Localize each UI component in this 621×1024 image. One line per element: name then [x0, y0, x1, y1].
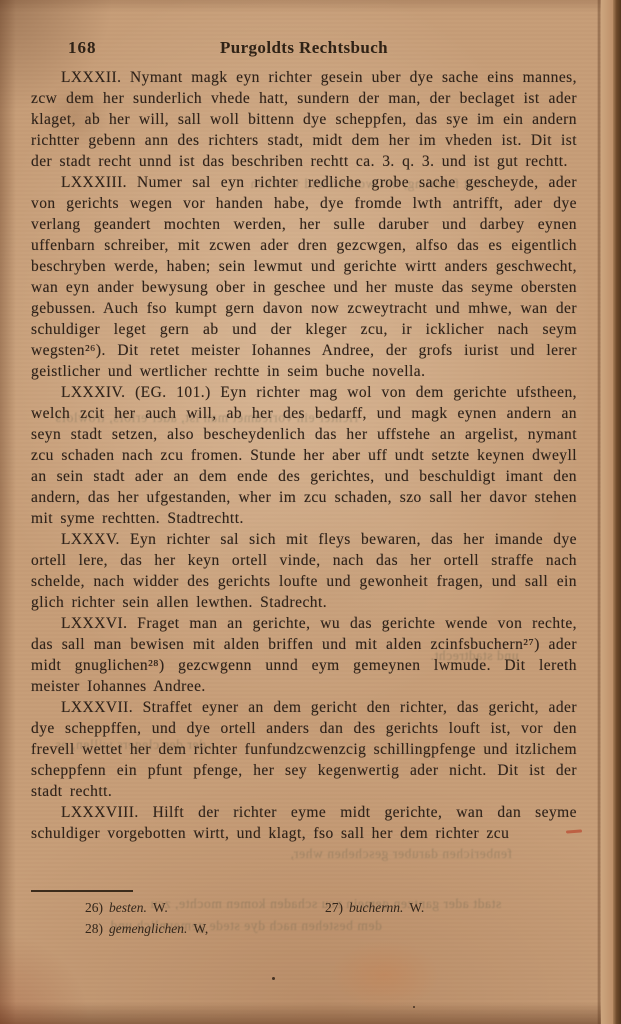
footnote-separator-rule	[31, 890, 133, 892]
page-outer-margin	[601, 0, 613, 1024]
footnote-label: 27)	[325, 900, 343, 915]
paragraph-lxxxvii: LXXXVII. Straffet eyner an dem gericht d…	[31, 697, 577, 802]
paragraph-lxxxiii: LXXXIII. Numer sal eyn richter redliche …	[31, 172, 577, 382]
paper-stain	[330, 940, 440, 1010]
footnote-row: 28)gemenglichen.W,	[85, 918, 555, 939]
paragraph-lxxxviii: LXXXVIII. Hilft der richter eyme midt ge…	[31, 802, 577, 844]
footnote-label: 26)	[85, 900, 103, 915]
footnote-28: 28)gemenglichen.W,	[85, 918, 208, 939]
footnote-word: buchernn.	[349, 900, 403, 915]
paragraph-lxxxvi: LXXXVI. Fraget man an gerichte, wu das g…	[31, 613, 577, 697]
book-page-scan: mit fordrung, mit wortten und wercken ri…	[0, 0, 621, 1024]
ink-speck	[272, 977, 275, 980]
footnote-label: 28)	[85, 921, 103, 936]
body-text-column: LXXXII. Nymant magk eyn richter gesein u…	[31, 67, 577, 844]
footnote-row: 26)besten.W. 27)buchernn.W.	[85, 897, 555, 918]
footnote-siglum: W.	[409, 900, 424, 915]
paragraph-lxxxv: LXXXV. Eyn richter sal sich mit fleys be…	[31, 529, 577, 613]
footnote-word: besten.	[109, 900, 147, 915]
running-title: Purgoldts Rechtsbuch	[31, 38, 577, 58]
paragraph-lxxxiv: LXXXIV. (EG. 101.) Eyn richter mag wol v…	[31, 382, 577, 529]
footnote-word: gemenglichen.	[109, 921, 187, 936]
footnote-siglum: W.	[153, 900, 168, 915]
footnotes: 26)besten.W. 27)buchernn.W. 28)gemenglic…	[85, 897, 555, 939]
ink-speck	[413, 1006, 415, 1008]
footnote-siglum: W,	[193, 921, 208, 936]
book-edge	[613, 0, 621, 1024]
bleedthrough-text: fenberichen daruber geschehen wher,	[290, 846, 512, 862]
footnote-27: 27)buchernn.W.	[325, 897, 424, 918]
paragraph-lxxxii: LXXXII. Nymant magk eyn richter gesein u…	[31, 67, 577, 172]
footnote-26: 26)besten.W.	[85, 897, 325, 918]
